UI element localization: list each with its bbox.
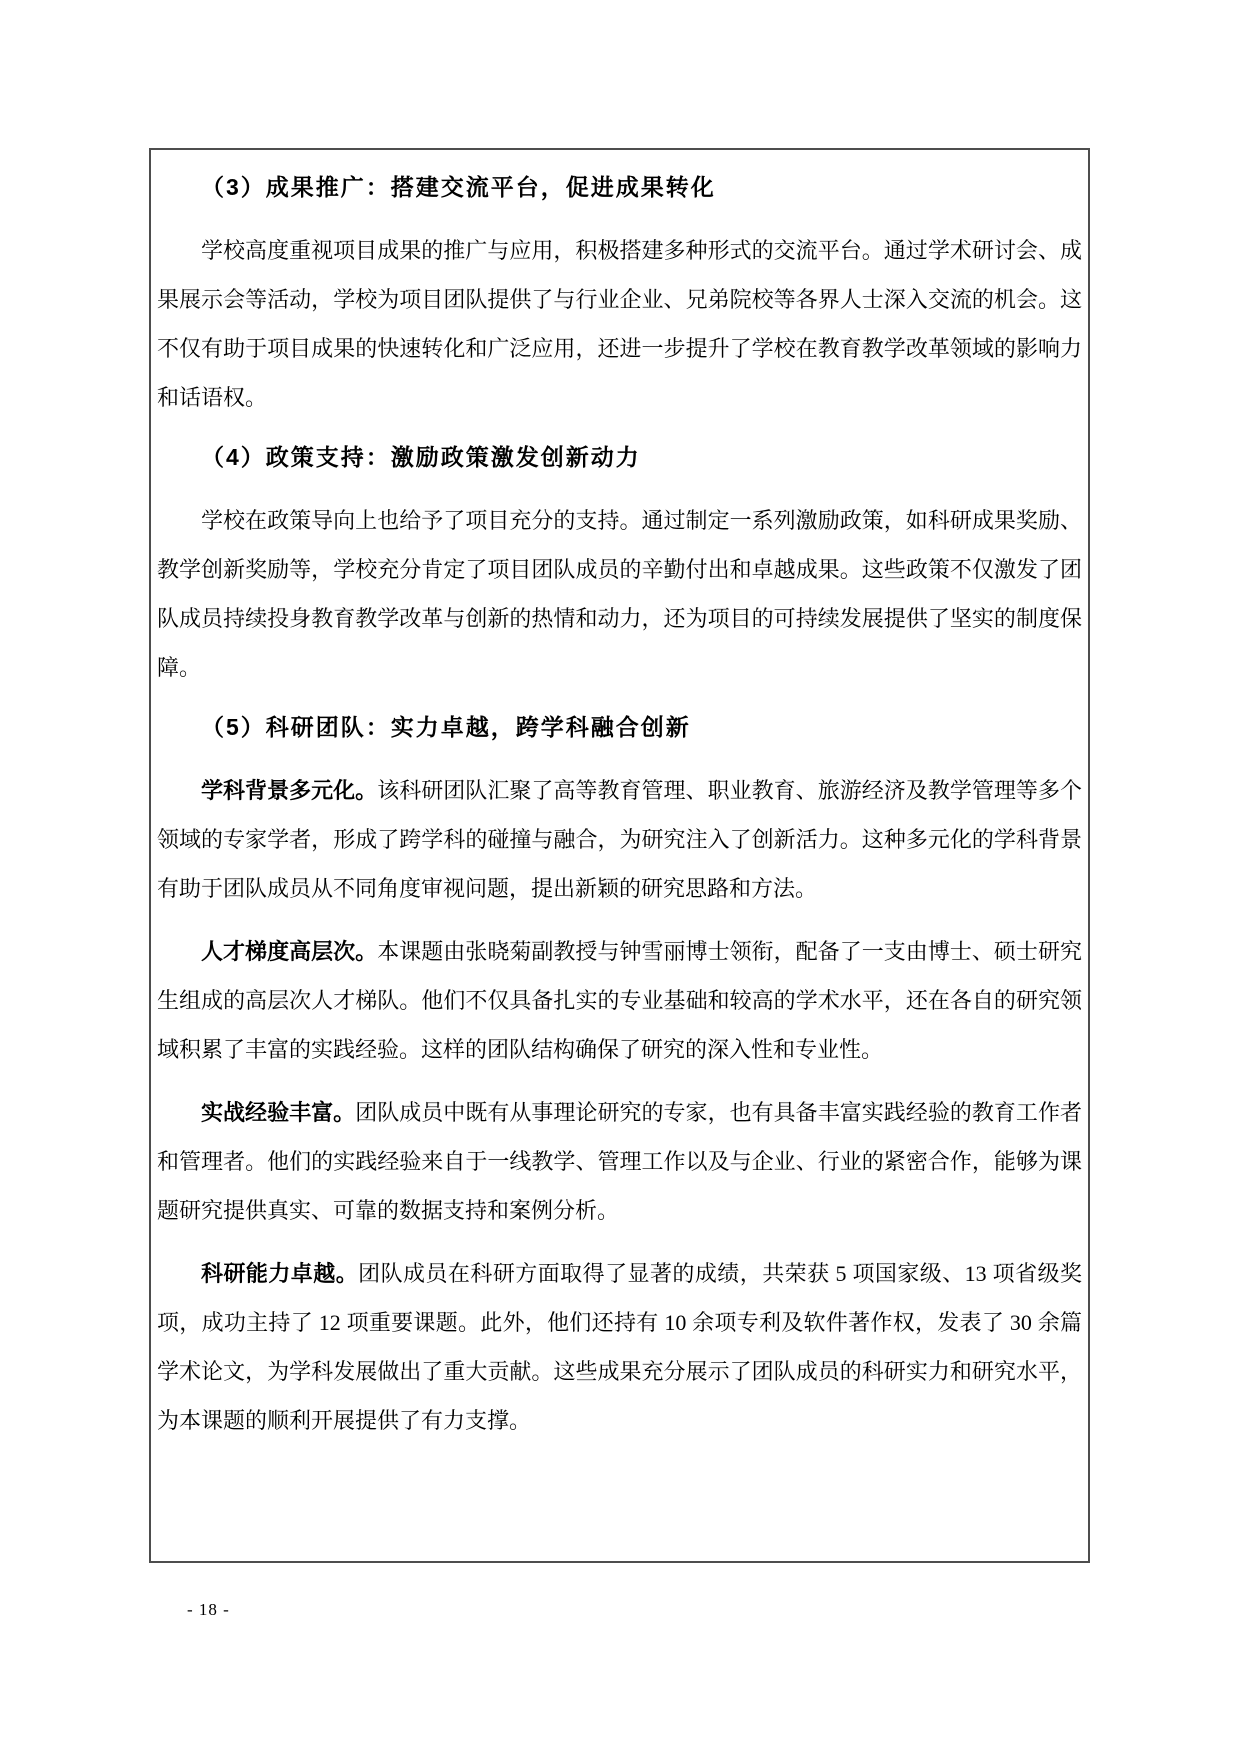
- section-heading-5-team: （5）科研团队：实力卓越，跨学科融合创新: [157, 708, 1082, 746]
- page-number: - 18 -: [187, 1600, 230, 1620]
- paragraph-text: 学校在政策导向上也给予了项目充分的支持。通过制定一系列激励政策，如科研成果奖励、…: [157, 508, 1082, 680]
- paragraph-text: 学校高度重视项目成果的推广与应用，积极搭建多种形式的交流平台。通过学术研讨会、成…: [157, 238, 1082, 410]
- paragraph-team-talent: 人才梯度高层次。本课题由张晓菊副教授与钟雪丽博士领衔，配备了一支由博士、硕士研究…: [157, 927, 1082, 1074]
- paragraph-lead-bold: 学科背景多元化。: [201, 778, 377, 803]
- paragraph-lead-bold: 人才梯度高层次。: [201, 939, 377, 964]
- paragraph-team-research: 科研能力卓越。团队成员在科研方面取得了显著的成绩，共荣获 5 项国家级、13 项…: [157, 1249, 1082, 1445]
- paragraph-lead-bold: 实战经验丰富。: [201, 1100, 355, 1125]
- paragraph-team-background: 学科背景多元化。该科研团队汇聚了高等教育管理、职业教育、旅游经济及教学管理等多个…: [157, 766, 1082, 913]
- paragraph-promotion: 学校高度重视项目成果的推广与应用，积极搭建多种形式的交流平台。通过学术研讨会、成…: [157, 226, 1082, 422]
- content-table-cell: （3）成果推广：搭建交流平台，促进成果转化 学校高度重视项目成果的推广与应用，积…: [149, 148, 1090, 1563]
- paragraph-policy: 学校在政策导向上也给予了项目充分的支持。通过制定一系列激励政策，如科研成果奖励、…: [157, 496, 1082, 692]
- section-heading-3-promotion: （3）成果推广：搭建交流平台，促进成果转化: [157, 168, 1082, 206]
- section-heading-4-policy: （4）政策支持：激励政策激发创新动力: [157, 438, 1082, 476]
- paragraph-team-experience: 实战经验丰富。团队成员中既有从事理论研究的专家，也有具备丰富实践经验的教育工作者…: [157, 1088, 1082, 1235]
- paragraph-lead-bold: 科研能力卓越。: [201, 1261, 358, 1286]
- paragraph-text: 团队成员在科研方面取得了显著的成绩，共荣获 5 项国家级、13 项省级奖项，成功…: [157, 1261, 1082, 1433]
